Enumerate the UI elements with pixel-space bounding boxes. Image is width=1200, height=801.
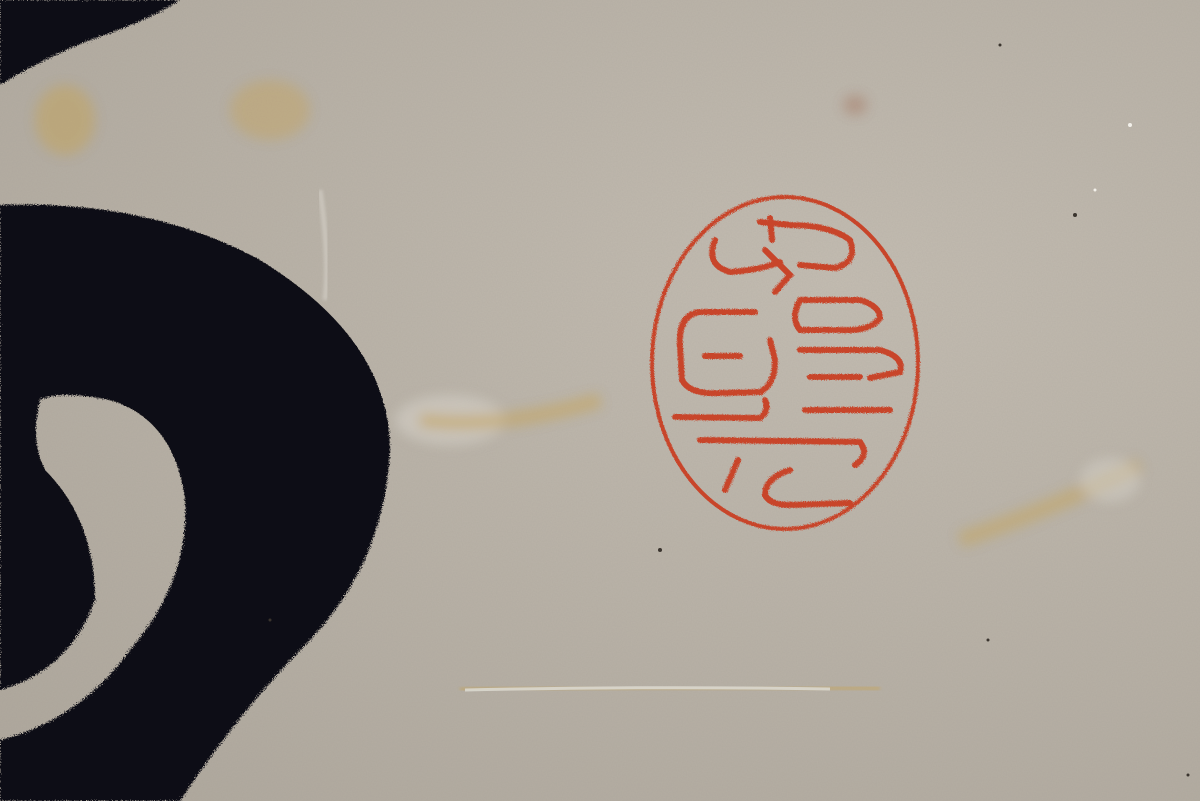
photo-canvas — [0, 0, 1200, 801]
paper-crease — [460, 687, 880, 690]
calligraphy-photo: Bold black ink brushstroke curving on th… — [0, 0, 1200, 801]
